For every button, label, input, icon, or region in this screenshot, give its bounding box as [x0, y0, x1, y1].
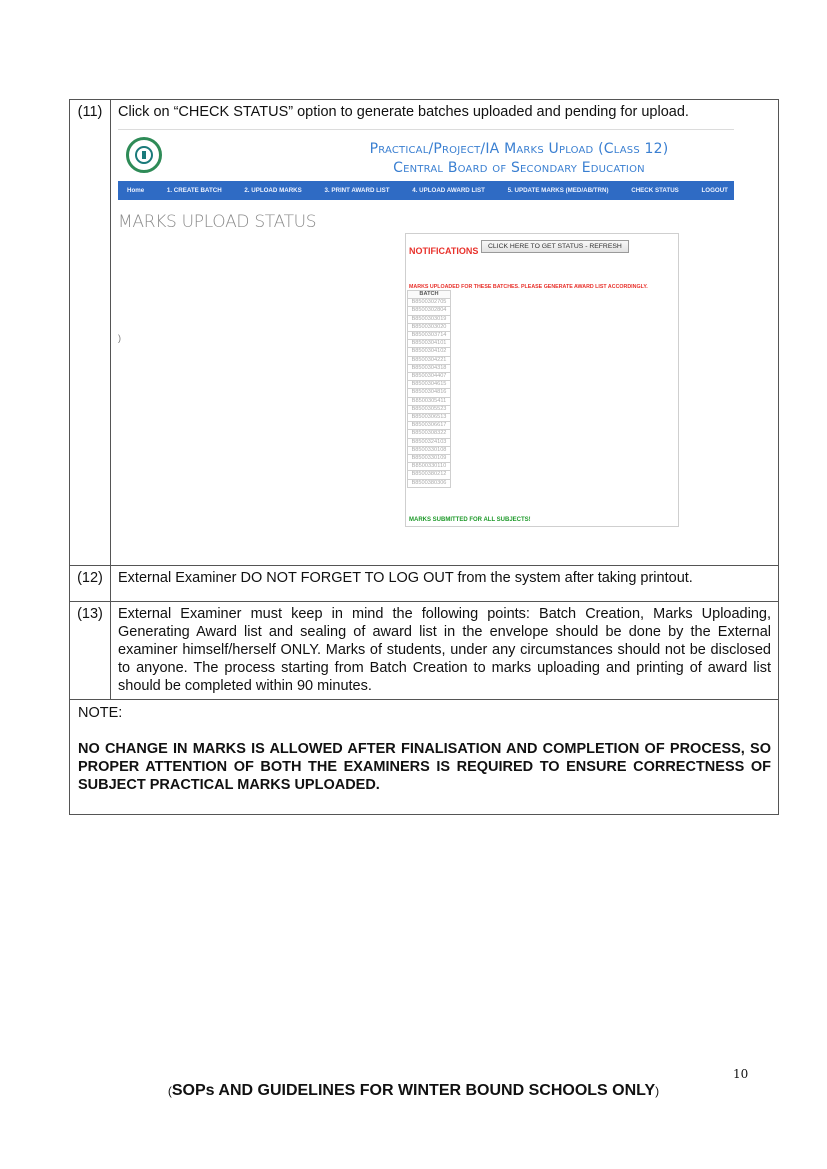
- footer-text: SOPs AND GUIDELINES FOR WINTER BOUND SCH…: [172, 1082, 655, 1099]
- nav-create-batch[interactable]: 1. CREATE BATCH: [167, 182, 222, 200]
- batch-row: B8500302804: [408, 307, 451, 315]
- batch-row: B8500324103: [408, 438, 451, 446]
- batch-row: B8500330109: [408, 455, 451, 463]
- batch-row: B8500304318: [408, 364, 451, 372]
- footer: (SOPs AND GUIDELINES FOR WINTER BOUND SC…: [0, 1082, 827, 1100]
- batch-id: B8500303020: [408, 323, 451, 331]
- cbse-emblem-icon: [126, 137, 162, 173]
- nav-update-marks[interactable]: 5. UPDATE MARKS (MED/AB/TRN): [508, 182, 609, 200]
- batch-id: B8500380212: [408, 471, 451, 479]
- batch-id: B8500324103: [408, 438, 451, 446]
- step-text: External Examiner must keep in mind the …: [111, 602, 779, 700]
- batch-row: B8500304816: [408, 389, 451, 397]
- batch-row: B8500304101: [408, 340, 451, 348]
- batch-id: B8500304318: [408, 364, 451, 372]
- batch-row: B8500308322: [408, 430, 451, 438]
- nav-home[interactable]: Home: [127, 182, 144, 200]
- sop-steps-table: (11) Click on “CHECK STATUS” option to g…: [69, 99, 779, 815]
- batch-row: B8500304102: [408, 348, 451, 356]
- page-heading: MARKS UPLOAD STATUS: [118, 213, 316, 231]
- batch-table: BATCH B8500302705B8500302804B8500303019B…: [407, 290, 451, 488]
- step-text: Click on “CHECK STATUS” option to genera…: [118, 103, 771, 121]
- page-number: 10: [733, 1067, 748, 1081]
- note-row: NOTE: NO CHANGE IN MARKS IS ALLOWED AFTE…: [70, 700, 779, 815]
- batch-id: B8500304407: [408, 373, 451, 381]
- batch-id: B8500330108: [408, 446, 451, 454]
- batch-row: B8500380212: [408, 471, 451, 479]
- batch-row: B8500304615: [408, 381, 451, 389]
- batch-row: B8500304221: [408, 356, 451, 364]
- app-title-line1: Practical/Project/IA Marks Upload (Class…: [354, 140, 684, 159]
- batch-id: B8500305411: [408, 397, 451, 405]
- step-number: (11): [70, 100, 111, 566]
- note-heading: NOTE:: [78, 704, 771, 722]
- batch-id: B8500303019: [408, 315, 451, 323]
- batch-id: B8500304102: [408, 348, 451, 356]
- check-status-screenshot: Practical/Project/IA Marks Upload (Class…: [118, 129, 742, 549]
- batch-row: B8500304407: [408, 373, 451, 381]
- nav-upload-award-list[interactable]: 4. UPLOAD AWARD LIST: [412, 182, 485, 200]
- footer-close-paren: ): [655, 1084, 659, 1098]
- note-body: NO CHANGE IN MARKS IS ALLOWED AFTER FINA…: [78, 740, 771, 794]
- step-text: External Examiner DO NOT FORGET TO LOG O…: [111, 566, 779, 602]
- divider: [118, 129, 734, 130]
- batch-row: B8500330110: [408, 463, 451, 471]
- batch-row: B8500306513: [408, 414, 451, 422]
- batch-id: B8500304101: [408, 340, 451, 348]
- batch-id: B8500304221: [408, 356, 451, 364]
- refresh-status-button[interactable]: CLICK HERE TO GET STATUS - REFRESH: [481, 240, 629, 253]
- step-row-11: (11) Click on “CHECK STATUS” option to g…: [70, 100, 779, 566]
- submitted-message: MARKS SUBMITTED FOR ALL SUBJECTS!: [409, 511, 531, 529]
- step-number: (13): [70, 602, 111, 700]
- batch-row: B8500330108: [408, 446, 451, 454]
- nav-upload-marks[interactable]: 2. UPLOAD MARKS: [244, 182, 301, 200]
- step-content: Click on “CHECK STATUS” option to genera…: [111, 100, 779, 566]
- batch-id: B8500380306: [408, 479, 451, 487]
- batch-row: B8500303019: [408, 315, 451, 323]
- batch-id: B8500330109: [408, 455, 451, 463]
- batch-row: B8500380306: [408, 479, 451, 487]
- nav-logout[interactable]: LOGOUT: [701, 182, 727, 200]
- batch-column-header: BATCH: [408, 291, 451, 299]
- batch-id: B8500304816: [408, 389, 451, 397]
- batch-id: B8500302705: [408, 299, 451, 307]
- batch-row: B8500303714: [408, 332, 451, 340]
- batch-id: B8500303714: [408, 332, 451, 340]
- nav-check-status[interactable]: CHECK STATUS: [631, 182, 679, 200]
- notifications-panel: NOTIFICATIONS CLICK HERE TO GET STATUS -…: [405, 233, 679, 527]
- nav-bar: Home 1. CREATE BATCH 2. UPLOAD MARKS 3. …: [118, 181, 734, 200]
- app-title-line2: Central Board of Secondary Education: [354, 159, 684, 178]
- batch-id: B8500306513: [408, 414, 451, 422]
- batch-row: B8500306617: [408, 422, 451, 430]
- nav-print-award-list[interactable]: 3. PRINT AWARD LIST: [324, 182, 389, 200]
- batch-id: B8500306617: [408, 422, 451, 430]
- step-row-13: (13) External Examiner must keep in mind…: [70, 602, 779, 700]
- stray-character: ): [118, 329, 121, 347]
- batch-id: B8500302804: [408, 307, 451, 315]
- step-number: (12): [70, 566, 111, 602]
- batch-row: B8500305523: [408, 405, 451, 413]
- notifications-label: NOTIFICATIONS: [409, 242, 478, 260]
- app-title: Practical/Project/IA Marks Upload (Class…: [354, 140, 684, 178]
- step-row-12: (12) External Examiner DO NOT FORGET TO …: [70, 566, 779, 602]
- batch-id: B8500305523: [408, 405, 451, 413]
- note-cell: NOTE: NO CHANGE IN MARKS IS ALLOWED AFTE…: [70, 700, 779, 815]
- batch-row: B8500305411: [408, 397, 451, 405]
- batch-id: B8500330110: [408, 463, 451, 471]
- batch-id: B8500304615: [408, 381, 451, 389]
- batch-row: B8500303020: [408, 323, 451, 331]
- batch-row: B8500302705: [408, 299, 451, 307]
- batch-id: B8500308322: [408, 430, 451, 438]
